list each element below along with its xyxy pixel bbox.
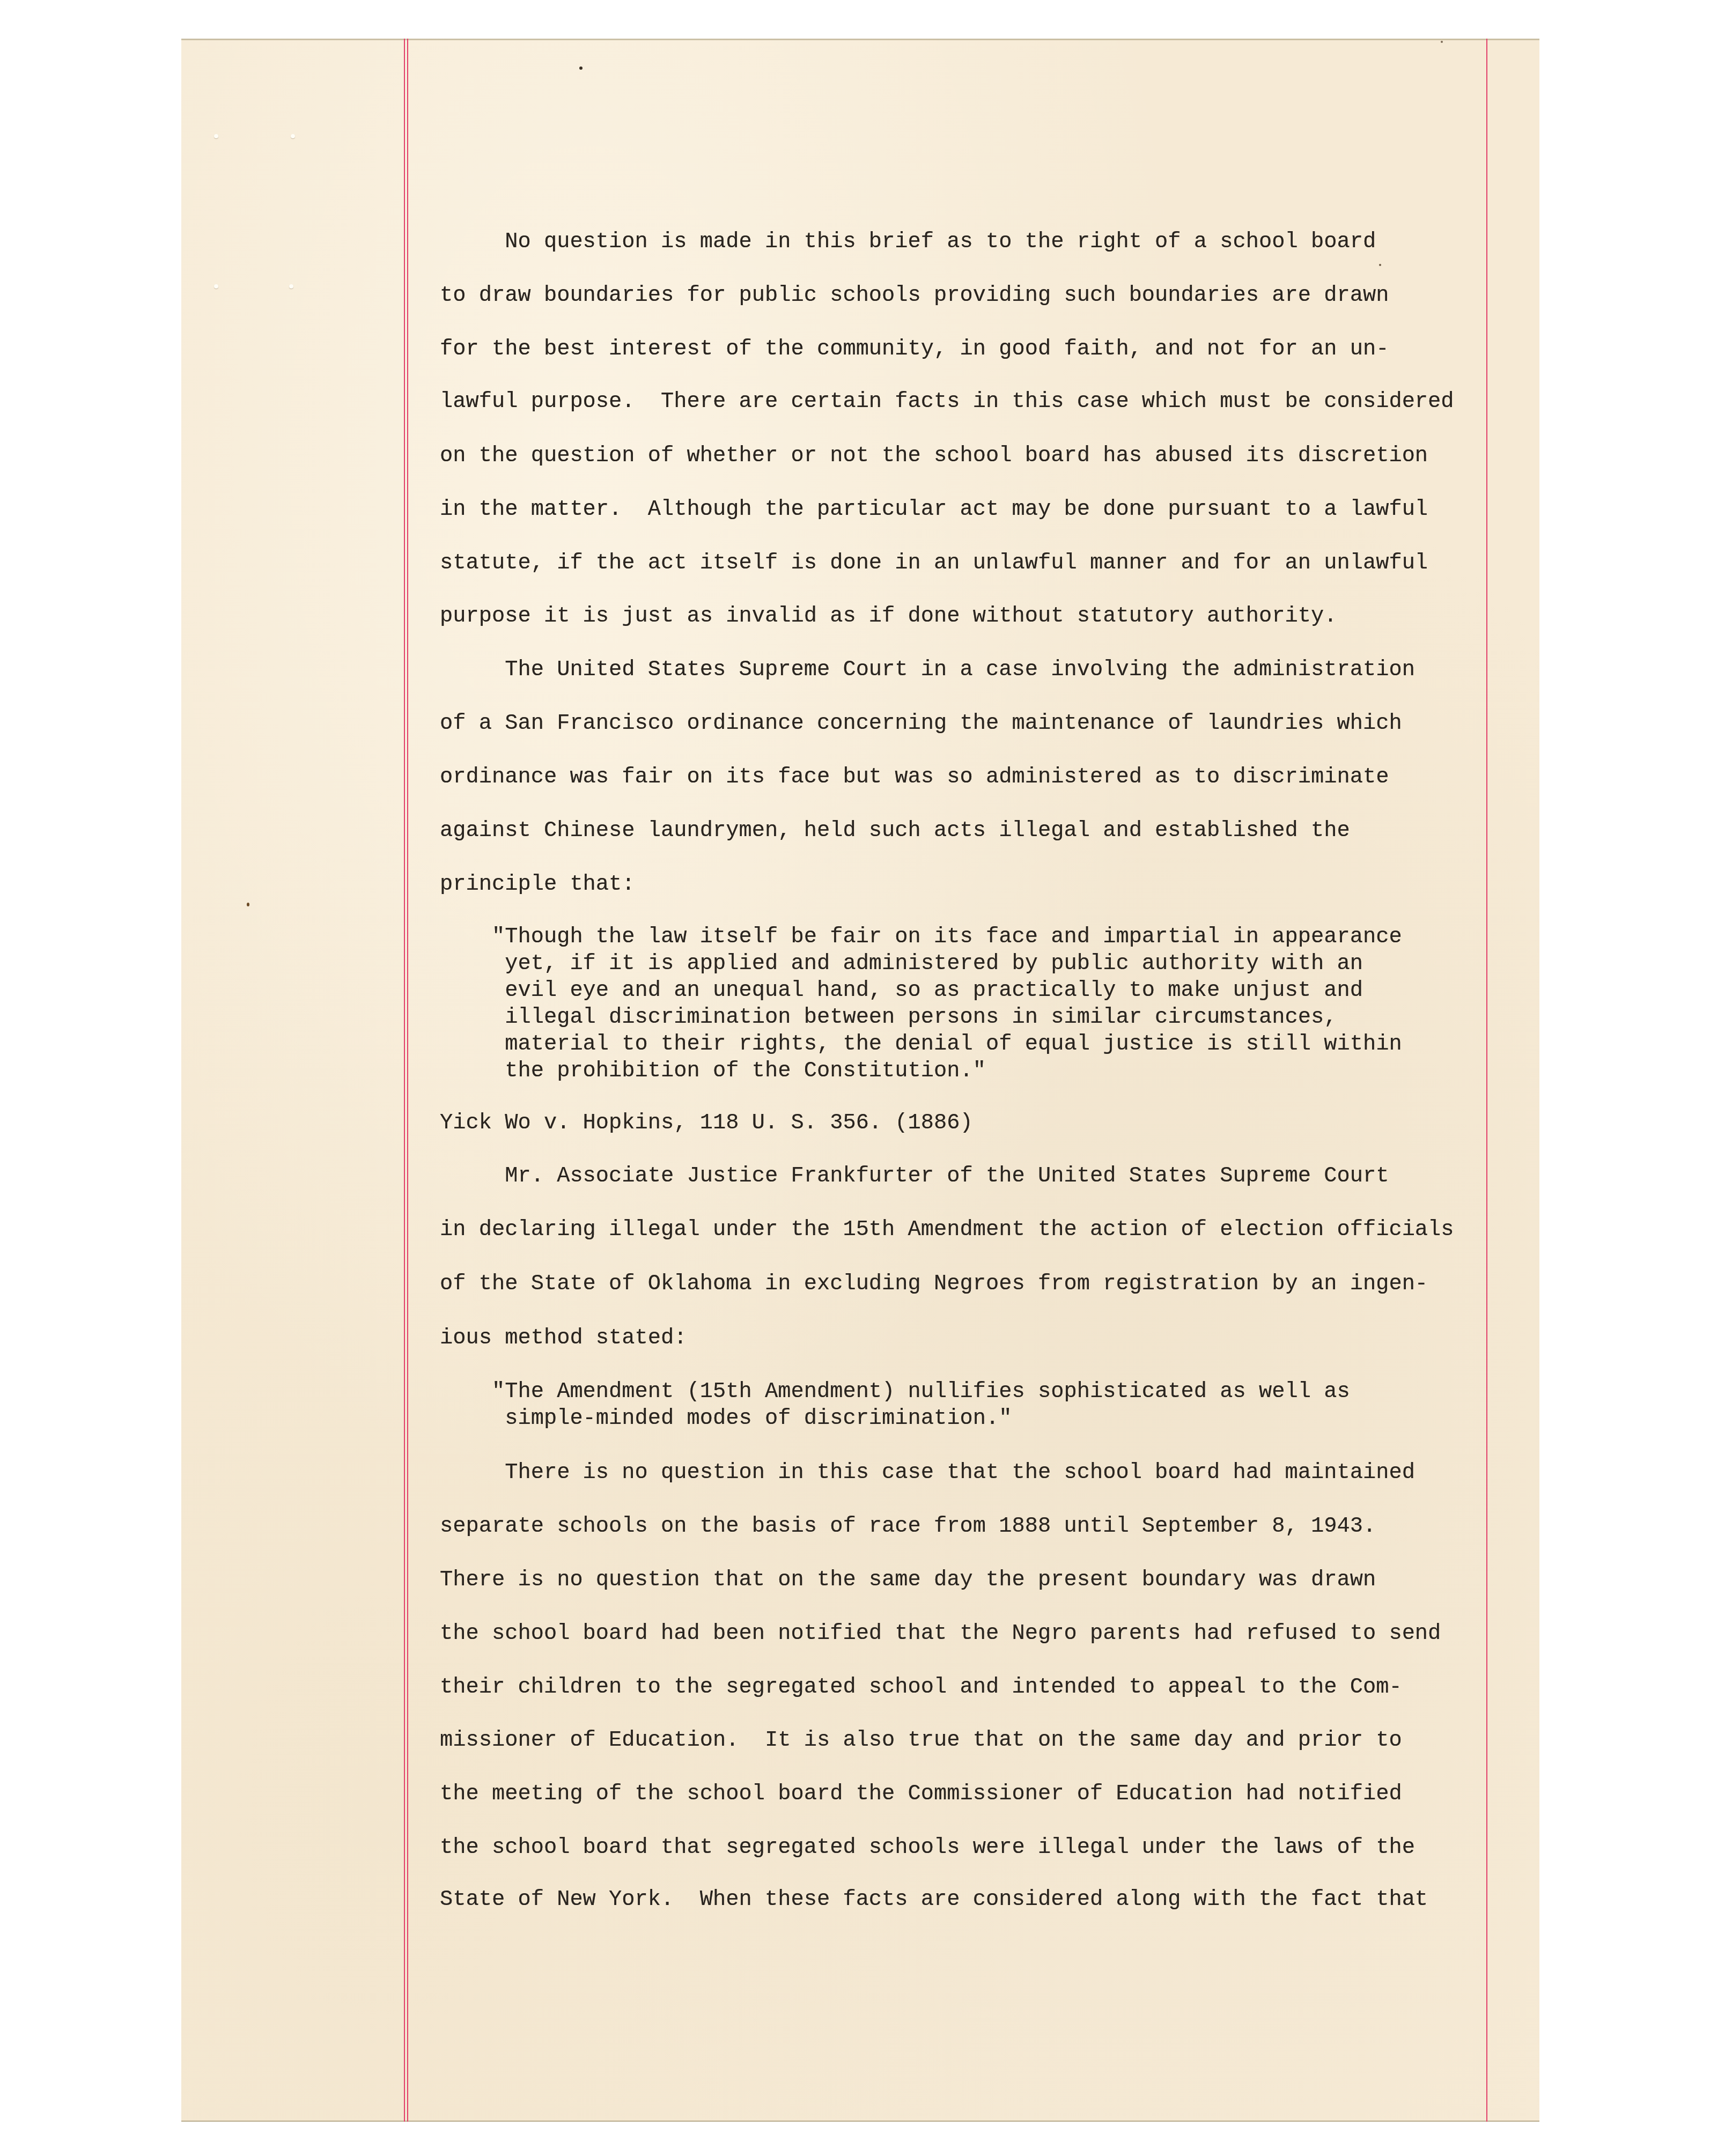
- page-top-edge: [181, 39, 1539, 40]
- case-citation: Yick Wo v. Hopkins, 118 U. S. 356. (1886…: [440, 1110, 973, 1136]
- body-line: ordinance was fair on its face but was s…: [440, 764, 1389, 791]
- quote-line: illegal discrimination between persons i…: [440, 1004, 1337, 1031]
- quote-line: the prohibition of the Constitution.": [440, 1058, 986, 1084]
- paper-speck: [579, 67, 583, 70]
- body-line: No question is made in this brief as to …: [440, 228, 1376, 255]
- body-line: State of New York. When these facts are …: [440, 1886, 1428, 1913]
- body-line: their children to the segregated school …: [440, 1674, 1402, 1701]
- quote-line: evil eye and an unequal hand, so as prac…: [440, 977, 1363, 1004]
- left-margin-rule-inner: [407, 39, 408, 2122]
- body-line: the school board had been notified that …: [440, 1620, 1441, 1647]
- body-line: on the question of whether or not the sc…: [440, 442, 1428, 469]
- binding-mark: [214, 134, 218, 138]
- binding-mark: [289, 284, 293, 289]
- quote-line: "Though the law itself be fair on its fa…: [440, 924, 1402, 950]
- body-line: the meeting of the school board the Comm…: [440, 1781, 1402, 1807]
- body-line: missioner of Education. It is also true …: [440, 1727, 1402, 1754]
- quote-line: material to their rights, the denial of …: [440, 1031, 1402, 1058]
- body-line: lawful purpose. There are certain facts …: [440, 388, 1454, 415]
- body-line: to draw boundaries for public schools pr…: [440, 282, 1389, 309]
- body-line: of a San Francisco ordinance concerning …: [440, 710, 1402, 737]
- right-margin-rule: [1486, 39, 1487, 2122]
- binding-mark: [214, 284, 218, 289]
- body-line: purpose it is just as invalid as if done…: [440, 603, 1337, 630]
- quote-line: yet, if it is applied and administered b…: [440, 950, 1363, 977]
- body-line: against Chinese laundrymen, held such ac…: [440, 817, 1350, 844]
- body-line: There is no question in this case that t…: [440, 1459, 1415, 1486]
- body-line: ious method stated:: [440, 1325, 687, 1352]
- body-line: statute, if the act itself is done in an…: [440, 550, 1428, 577]
- binding-mark: [291, 134, 295, 138]
- body-line: There is no question that on the same da…: [440, 1567, 1376, 1593]
- paper-speck: [1441, 41, 1443, 43]
- paper-speck: [247, 903, 249, 906]
- body-line: principle that:: [440, 871, 635, 898]
- paper-speck: [1379, 264, 1381, 266]
- body-line: of the State of Oklahoma in excluding Ne…: [440, 1271, 1428, 1297]
- body-line: the school board that segregated schools…: [440, 1834, 1415, 1861]
- left-margin-rule-outer: [404, 39, 405, 2122]
- quote-line: simple-minded modes of discrimination.": [440, 1405, 1012, 1432]
- body-line: for the best interest of the community, …: [440, 336, 1389, 363]
- body-line: separate schools on the basis of race fr…: [440, 1513, 1376, 1540]
- body-line: in declaring illegal under the 15th Amen…: [440, 1216, 1454, 1243]
- body-line: in the matter. Although the particular a…: [440, 496, 1428, 523]
- body-line: Mr. Associate Justice Frankfurter of the…: [440, 1163, 1389, 1190]
- body-line: The United States Supreme Court in a cas…: [440, 656, 1415, 683]
- quote-line: "The Amendment (15th Amendment) nullifie…: [440, 1378, 1350, 1405]
